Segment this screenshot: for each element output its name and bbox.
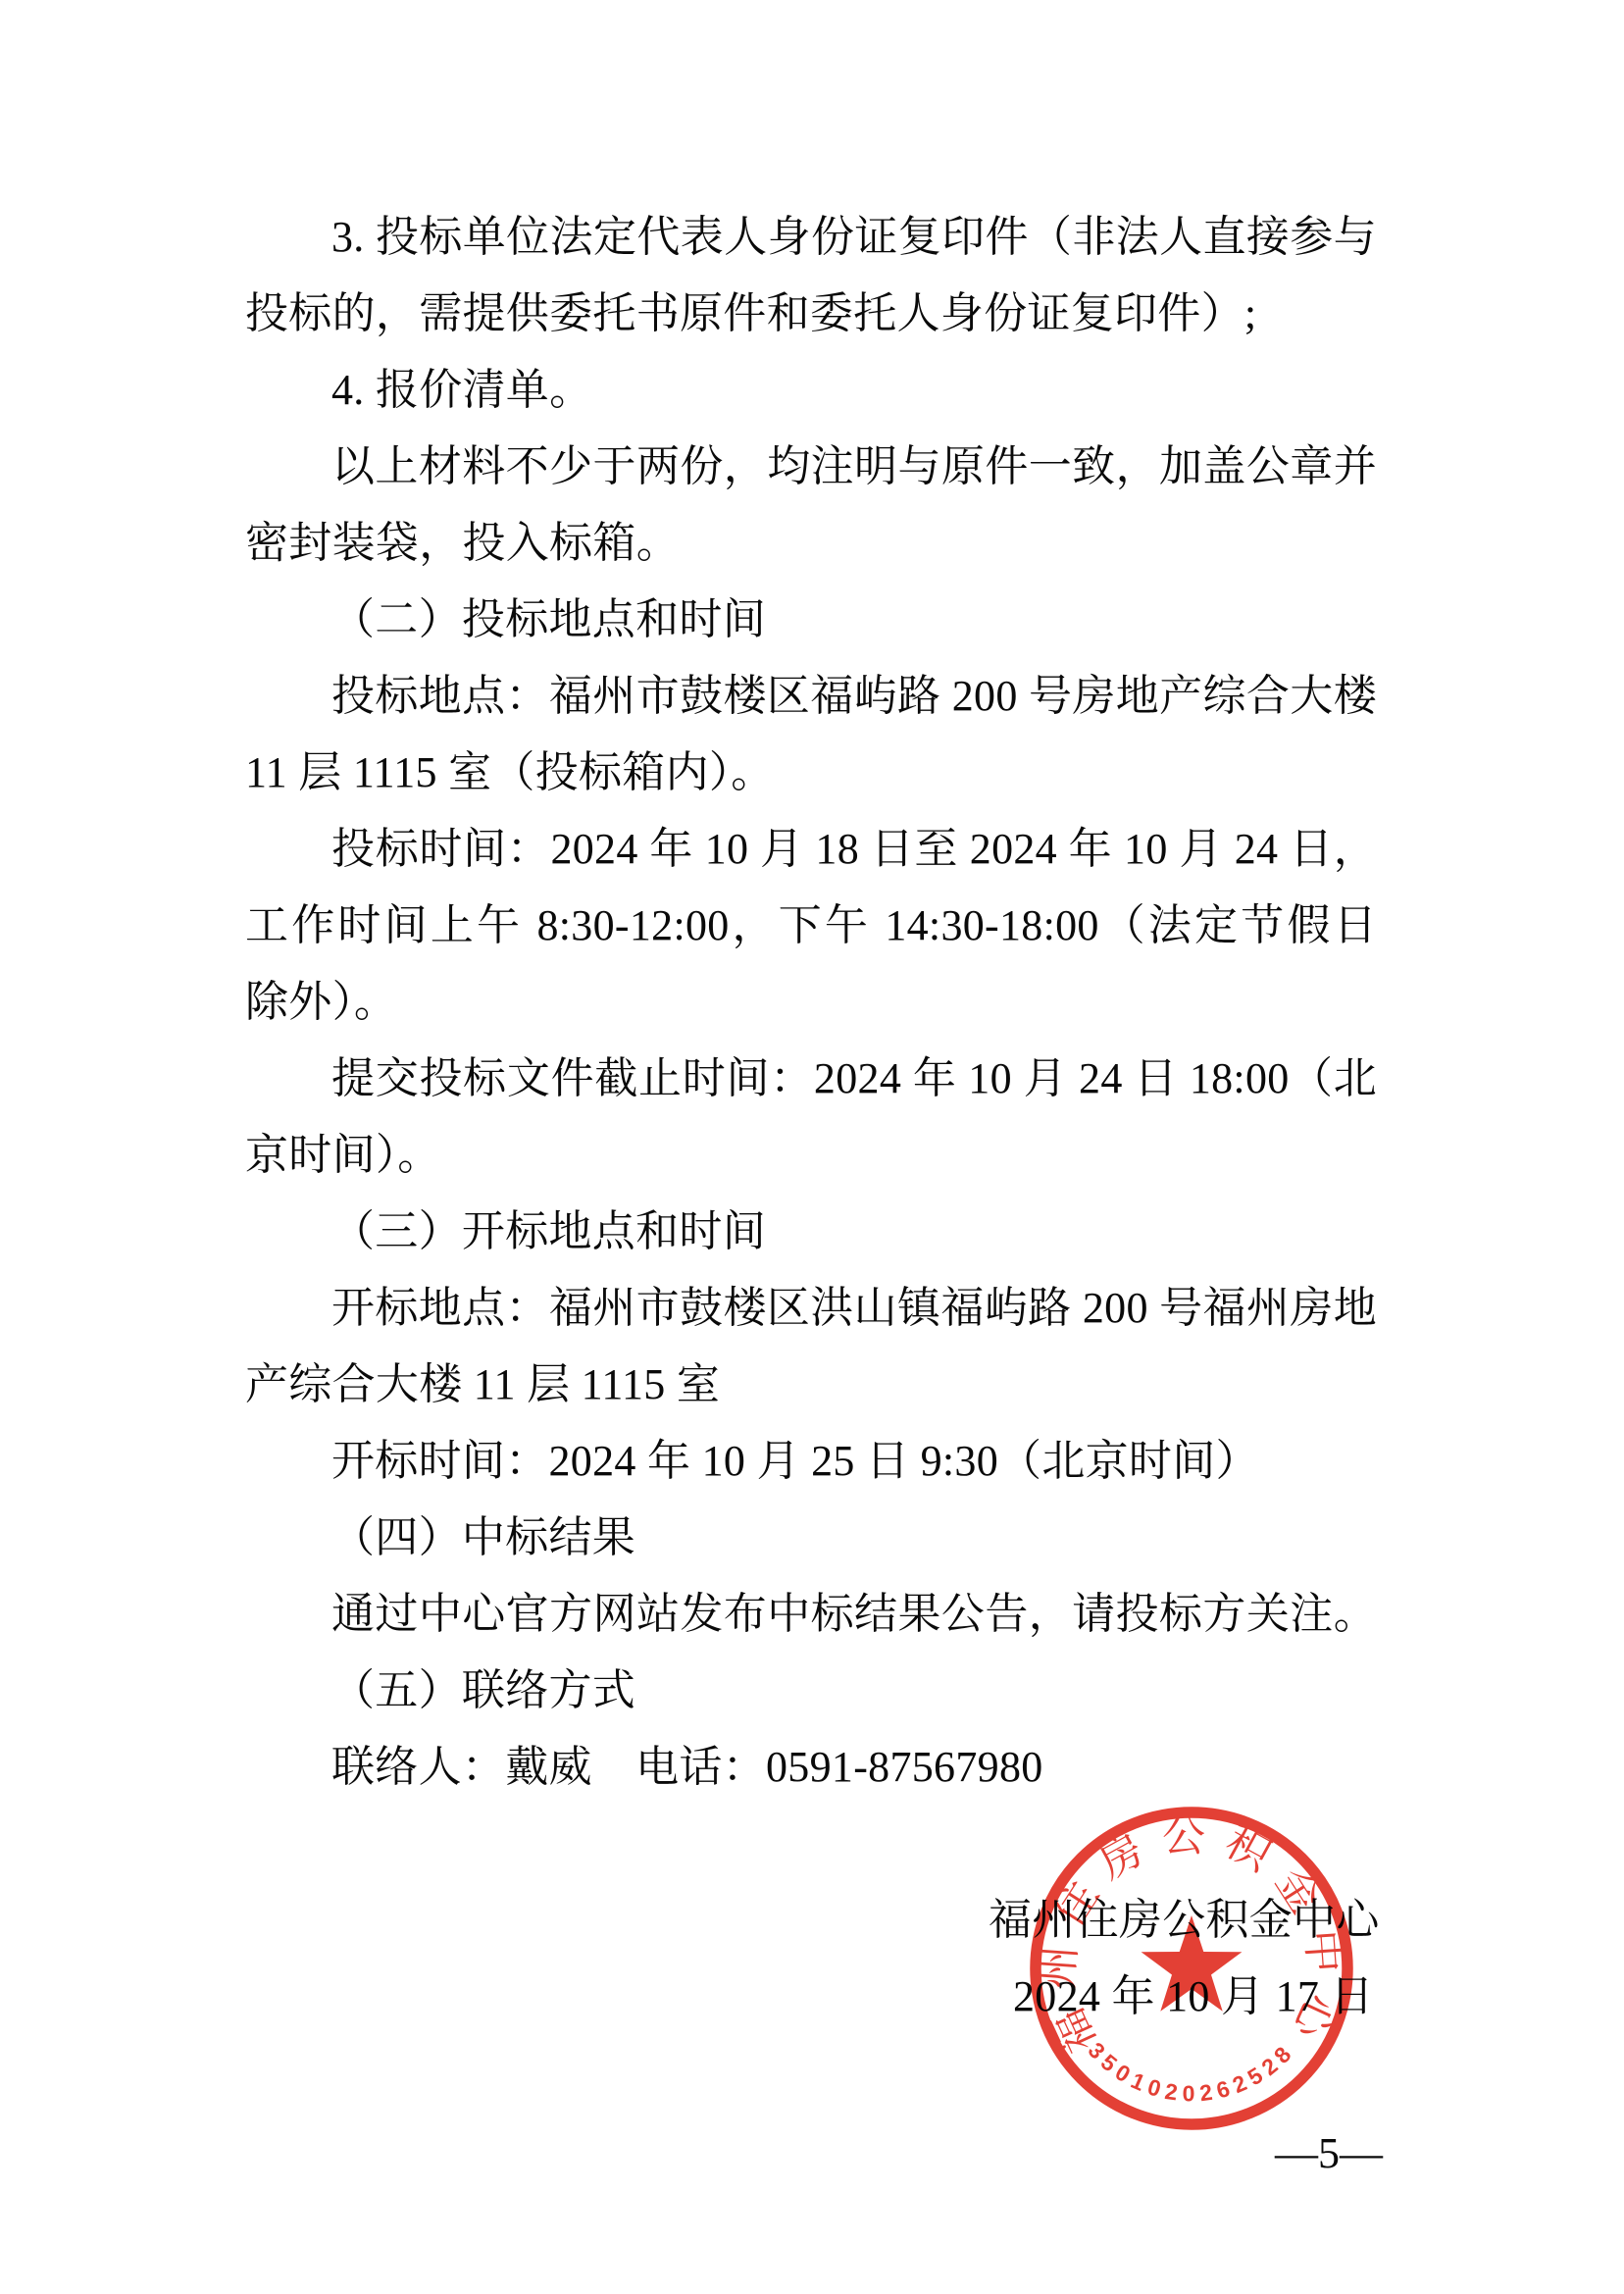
seal-star-icon (1142, 1915, 1243, 2012)
text-line: 工作时间上午 8:30-12:00，下午 14:30-18:00（法定节假日 (245, 888, 1377, 964)
text-line: （五）联络方式 (245, 1653, 1377, 1729)
text-line: （二）投标地点和时间 (245, 582, 1377, 658)
document-page: 3. 投标单位法定代表人身份证复印件（非法人直接参与投标的，需提供委托书原件和委… (0, 0, 1624, 2294)
seal-serial-number: 3501020262528 (1083, 2037, 1299, 2106)
text-line: 开标时间：2024 年 10 月 25 日 9:30（北京时间） (245, 1423, 1377, 1500)
text-line: （四）中标结果 (245, 1500, 1377, 1576)
text-line: 以上材料不少于两份，均注明与原件一致，加盖公章并 (245, 429, 1377, 505)
text-line: 3. 投标单位法定代表人身份证复印件（非法人直接参与 (245, 199, 1377, 276)
text-line: 11 层 1115 室（投标箱内）。 (245, 735, 1377, 811)
text-line: 产综合大楼 11 层 1115 室 (245, 1347, 1377, 1423)
text-line: 密封装袋，投入标箱。 (245, 505, 1377, 582)
text-line: 通过中心官方网站发布中标结果公告，请投标方关注。 (245, 1576, 1377, 1653)
text-line: 投标地点：福州市鼓楼区福屿路 200 号房地产综合大楼 (245, 658, 1377, 735)
text-line: 京时间）。 (245, 1117, 1377, 1194)
text-line: 联络人：戴威 电话：0591-87567980 (245, 1729, 1377, 1806)
text-line: 4. 报价清单。 (245, 352, 1377, 429)
text-line: （三）开标地点和时间 (245, 1194, 1377, 1270)
page-number: —5— (1265, 2126, 1393, 2181)
text-line: 投标的，需提供委托书原件和委托人身份证复印件）; (245, 276, 1377, 352)
text-line: 投标时间：2024 年 10 月 18 日至 2024 年 10 月 24 日， (245, 811, 1377, 888)
seal-serial-wrap: 3501020262528 (1083, 2037, 1299, 2106)
text-line: 除外）。 (245, 964, 1377, 1041)
text-line: 提交投标文件截止时间：2024 年 10 月 24 日 18:00（北 (245, 1041, 1377, 1117)
official-seal: 福州住房公积金中心 3501020262528 (1025, 1802, 1358, 2135)
document-body: 3. 投标单位法定代表人身份证复印件（非法人直接参与投标的，需提供委托书原件和委… (245, 199, 1377, 1806)
text-line: 开标地点：福州市鼓楼区洪山镇福屿路 200 号福州房地 (245, 1270, 1377, 1347)
